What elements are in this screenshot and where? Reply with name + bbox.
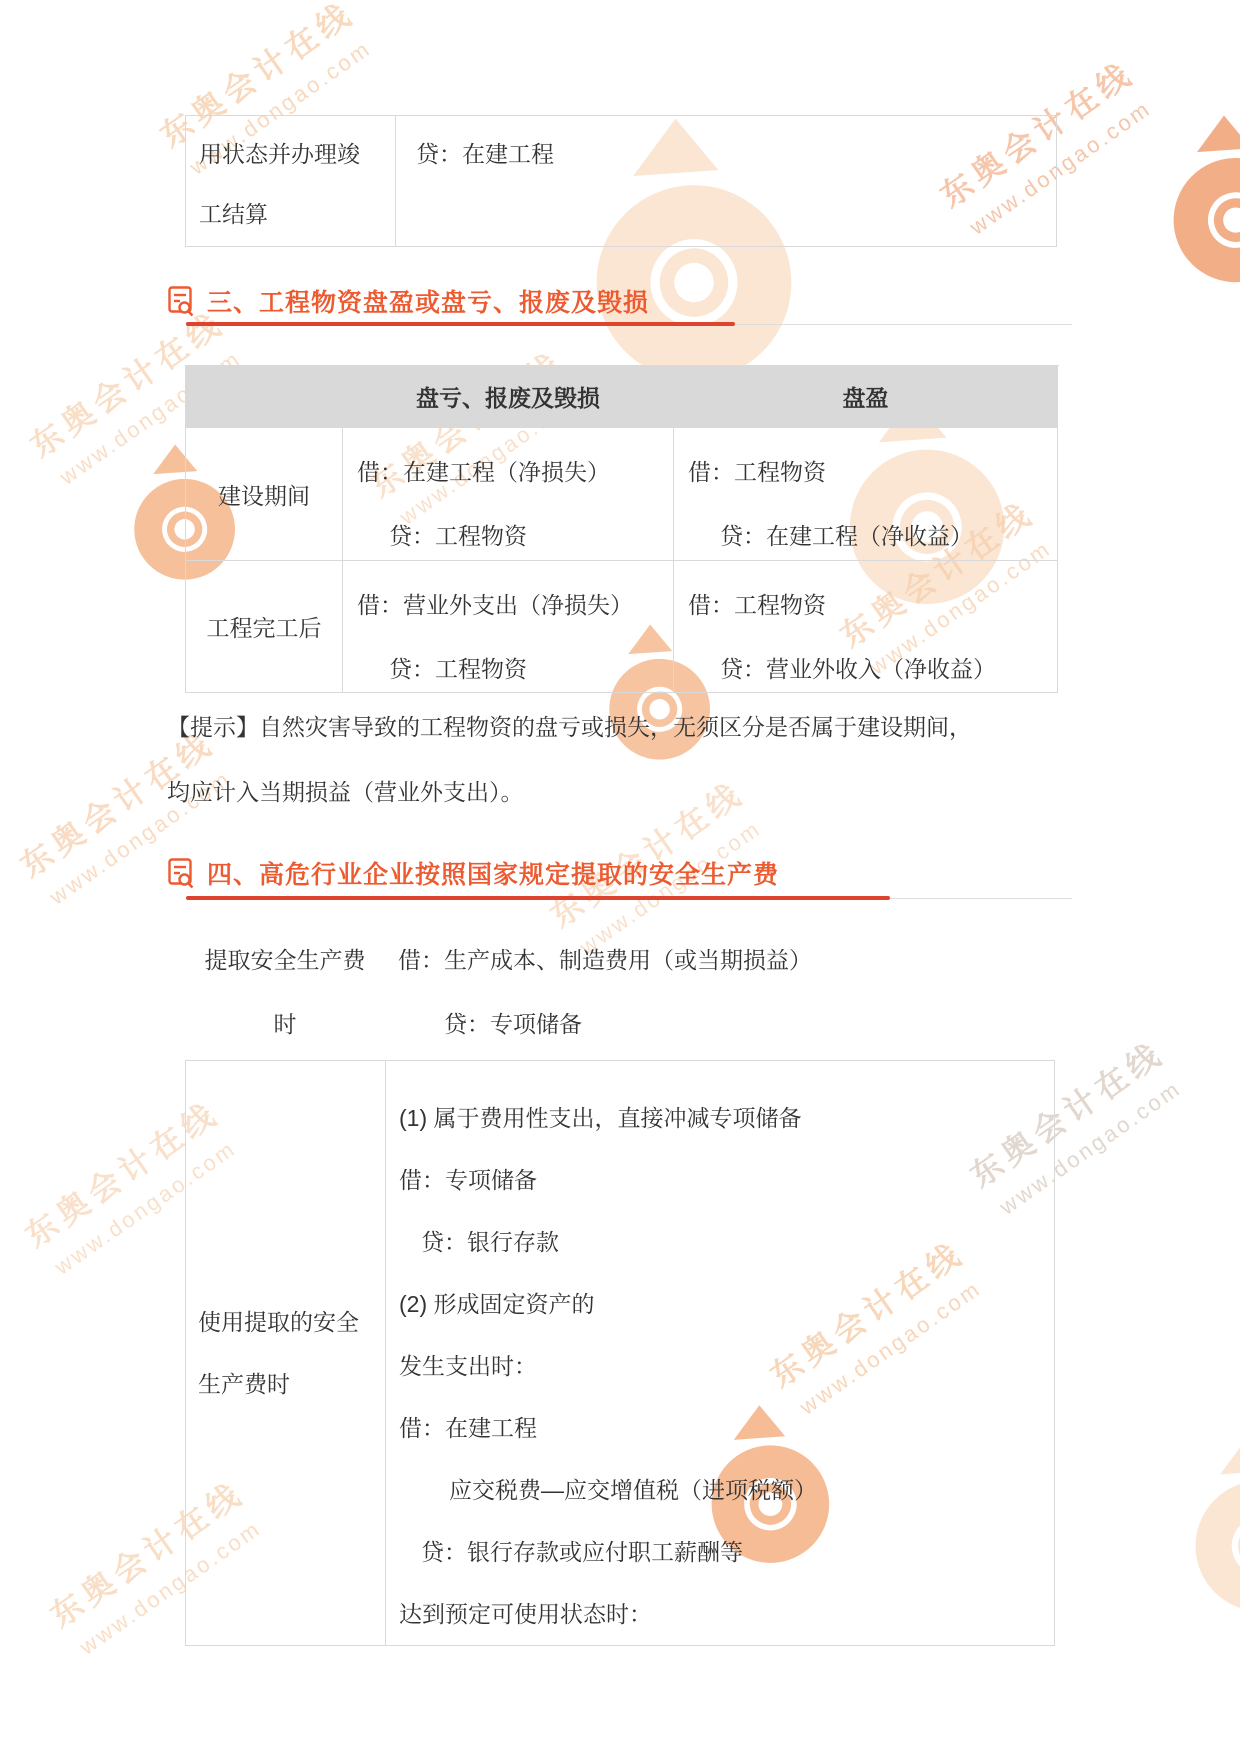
entry-line: 贷：在建工程 [416,124,1056,184]
entry-line: 贷：银行存款 [399,1211,1054,1273]
entry-line: 借：专项储备 [399,1149,1054,1211]
entry-line: 贷：银行存款或应付职工薪酬等 [399,1521,1054,1583]
table-cell-entry: 借：工程物资 贷：在建工程（净收益） [674,428,1058,561]
label-line: 用状态并办理竣 [199,124,381,184]
entry-line: 发生支出时： [399,1335,1054,1397]
entry-line: 应交税费—应交增值税（进项税额） [399,1459,1054,1521]
tip-line: 【提示】自然灾害导致的工程物资的盘亏或损失，无须区分是否属于建设期间， [167,695,1087,760]
document-magnifier-icon [168,858,195,889]
label-line: 生产费时 [198,1353,385,1415]
column-header: 盘盈 [674,366,1058,428]
entry-line: (2) 形成固定资产的 [399,1273,1054,1335]
tip-paragraph: 【提示】自然灾害导致的工程物资的盘亏或损失，无须区分是否属于建设期间， 均应计入… [167,695,1087,825]
section-title: 四、高危行业企业按照国家规定提取的安全生产费 [207,855,779,891]
table-row-label: 工程完工后 [186,561,343,693]
label-line: 工结算 [199,184,381,244]
materials-gain-loss-table: 盘亏、报废及毁损 盘盈 建设期间 借：在建工程（净损失） 贷：工程物资 借：工程… [185,365,1059,693]
entry-line: 贷：专项储备 [398,992,1057,1056]
entry-line: 达到预定可使用状态时： [399,1583,1054,1645]
table-row-label: 建设期间 [186,428,343,561]
table-cell-entry: 借：营业外支出（净损失） 贷：工程物资 [343,561,674,693]
entry-line: 借：营业外支出（净损失） [357,573,673,637]
label-line: 提取安全生产费 [185,928,385,992]
table-row-label: 用状态并办理竣 工结算 [186,116,396,246]
completion-table-fragment: 用状态并办理竣 工结算 贷：在建工程 [185,115,1057,247]
section3-heading: 三、工程物资盘盈或盘亏、报废及毁损 [168,284,1072,318]
table-cell-entry: 借：工程物资 贷：营业外收入（净收益） [674,561,1058,693]
table-cell-entry: 借：在建工程（净损失） 贷：工程物资 [343,428,674,561]
entry-line: 借：在建工程（净损失） [357,440,673,504]
entry-line: (1) 属于费用性支出，直接冲减专项储备 [399,1087,1054,1149]
document-page: 用状态并办理竣 工结算 贷：在建工程 三、工程物资盘盈或盘亏、报废及毁损 盘亏、… [0,0,1240,1753]
entry-line: 借：工程物资 [688,573,1057,637]
section4-heading: 四、高危行业企业按照国家规定提取的安全生产费 [168,856,1072,890]
entry-line: 贷：工程物资 [357,637,673,701]
tip-line: 均应计入当期损益（营业外支出）。 [167,760,1087,825]
table-row-label: 使用提取的安全 生产费时 [186,1061,386,1645]
document-magnifier-icon [168,286,195,317]
section-title: 三、工程物资盘盈或盘亏、报废及毁损 [207,283,649,319]
safety-fee-usage-table: 使用提取的安全 生产费时 (1) 属于费用性支出，直接冲减专项储备 借：专项储备… [185,1060,1055,1646]
row-label: 提取安全生产费 时 [185,928,385,1056]
column-header: 盘亏、报废及毁损 [343,366,674,428]
heading-divider-accent [186,896,890,900]
entry-line: 借：生产成本、制造费用（或当期损益） [398,928,1057,992]
safety-fee-accrual-row: 提取安全生产费 时 借：生产成本、制造费用（或当期损益） 贷：专项储备 [185,928,1057,1056]
entry-line: 借：工程物资 [688,440,1057,504]
entry-line: 贷：在建工程（净收益） [688,504,1057,568]
table-cell-entry: (1) 属于费用性支出，直接冲减专项储备 借：专项储备 贷：银行存款 (2) 形… [386,1061,1054,1645]
label-line: 时 [185,992,385,1056]
label-line: 使用提取的安全 [198,1291,385,1353]
heading-divider-accent [186,322,735,326]
table-cell-entry: 贷：在建工程 [396,116,1056,246]
entry-line: 贷：营业外收入（净收益） [688,637,1057,701]
entry-line: 贷：工程物资 [357,504,673,568]
column-header [186,366,343,428]
entry-line: 借：在建工程 [399,1397,1054,1459]
row-entry: 借：生产成本、制造费用（或当期损益） 贷：专项储备 [385,928,1057,1056]
